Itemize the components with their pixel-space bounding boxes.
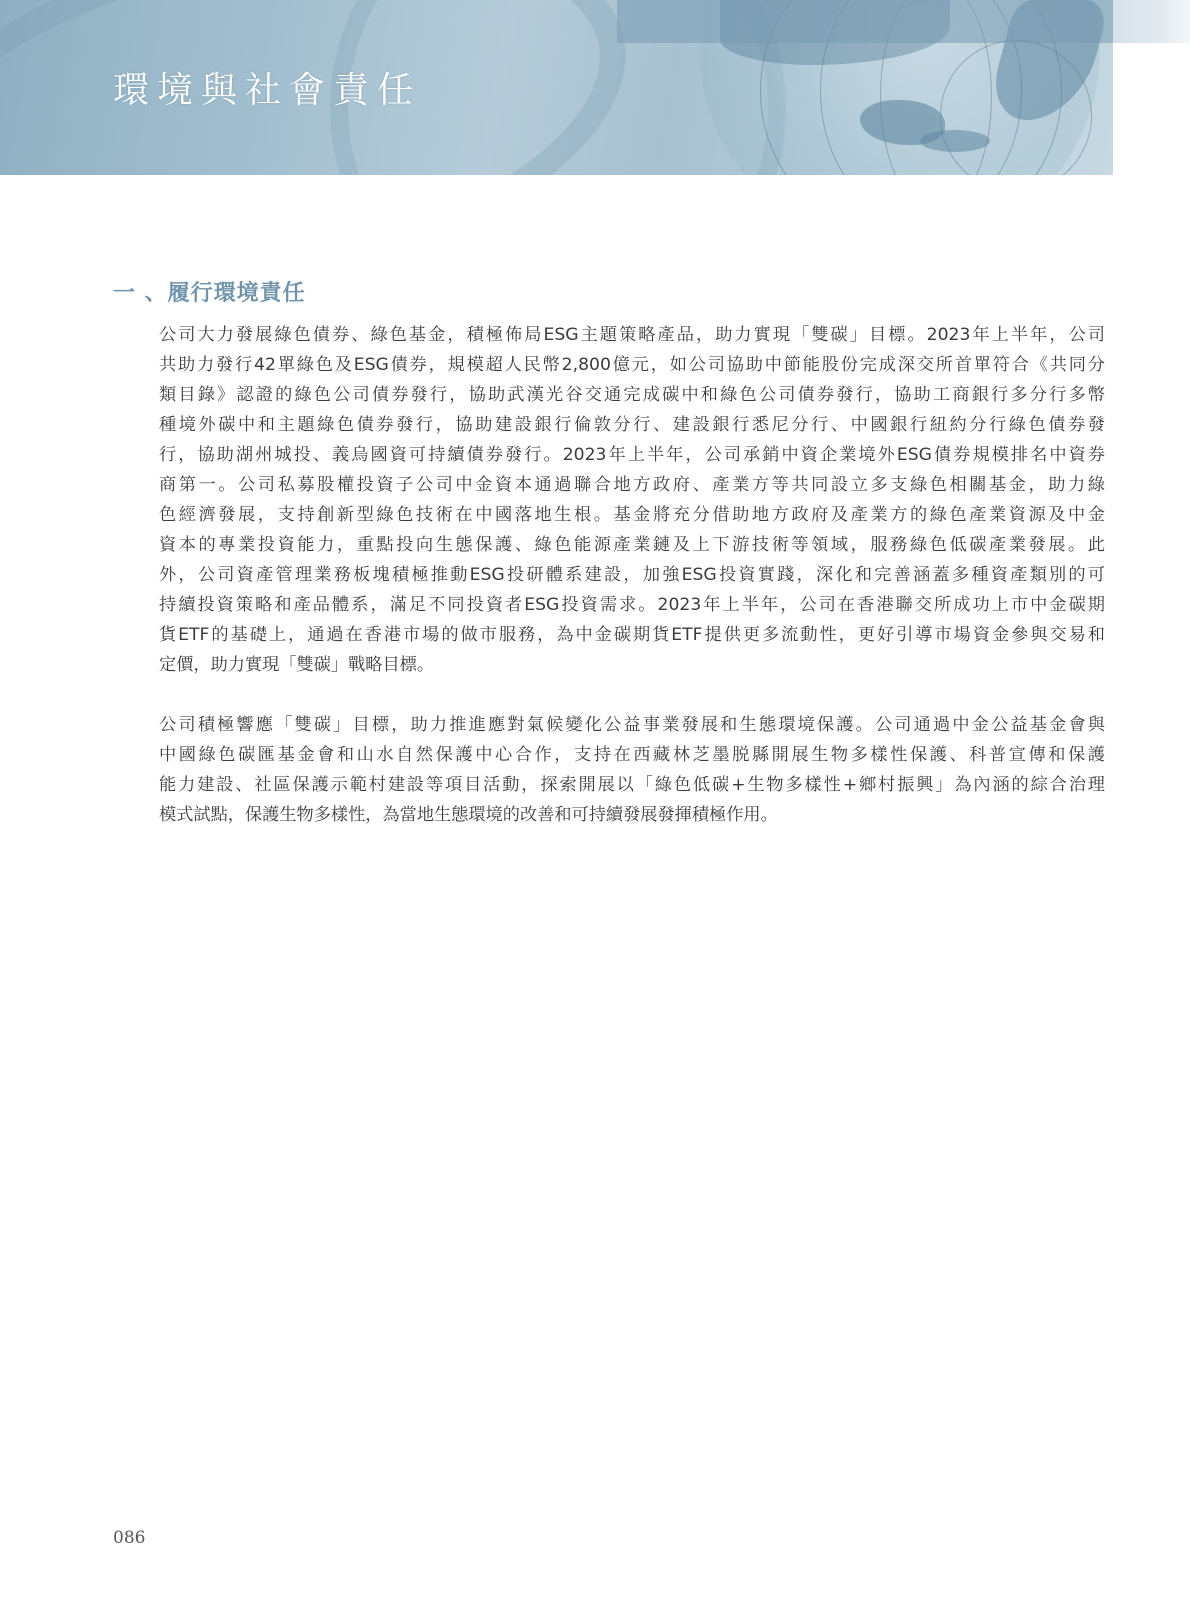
paragraph-line: 模式試點，保護生物多樣性，為當地生態環境的改善和可持續發展發揮積極作用。 bbox=[159, 800, 1105, 830]
paragraph-line: 類目錄》認證的綠色公司債券發行，協助武漢光谷交通完成碳中和綠色公司債券發行，協助… bbox=[159, 380, 1105, 410]
paragraph-line: 公司積極響應「雙碳」目標，助力推進應對氣候變化公益事業發展和生態環境保護。公司通… bbox=[159, 710, 1105, 740]
paragraph-line: 行，協助湖州城投、義烏國資可持續債券發行。2023年上半年，公司承銷中資企業境外… bbox=[159, 440, 1105, 470]
section-heading: 一 、履行環境責任 bbox=[113, 276, 306, 307]
paragraph-line: 商第一。公司私募股權投資子公司中金資本通過聯合地方政府、產業方等共同設立多支綠色… bbox=[159, 470, 1105, 500]
paragraph-line: 能力建設、社區保護示範村建設等項目活動，探索開展以「綠色低碳+生物多樣性+鄉村振… bbox=[159, 770, 1105, 800]
paragraph-line: 持續投資策略和產品體系，滿足不同投資者ESG投資需求。2023年上半年，公司在香… bbox=[159, 590, 1105, 620]
globe-landmass bbox=[920, 130, 990, 152]
paragraph-line: 貨ETF的基礎上，通過在香港市場的做市服務，為中金碳期貨ETF提供更多流動性，更… bbox=[159, 620, 1105, 650]
paragraph-line: 種境外碳中和主題綠色債券發行，協助建設銀行倫敦分行、建設銀行悉尼分行、中國銀行紐… bbox=[159, 410, 1105, 440]
paragraph-line: 公司大力發展綠色債券、綠色基金，積極佈局ESG主題策略產品，助力實現「雙碳」目標… bbox=[159, 320, 1105, 350]
paragraph-line: 資本的專業投資能力，重點投向生態保護、綠色能源產業鏈及上下游技術等領域，服務綠色… bbox=[159, 530, 1105, 560]
page-number: 086 bbox=[113, 1528, 145, 1548]
paragraph-line: 共助力發行42單綠色及ESG債券，規模超人民幣2,800億元，如公司協助中節能股… bbox=[159, 350, 1105, 380]
banner-top-strip bbox=[617, 0, 1190, 43]
paragraph-line: 色經濟發展，支持創新型綠色技術在中國落地生根。基金將充分借助地方政府及產業方的綠… bbox=[159, 500, 1105, 530]
body-paragraph: 公司積極響應「雙碳」目標，助力推進應對氣候變化公益事業發展和生態環境保護。公司通… bbox=[159, 710, 1105, 830]
banner-top-strip-edge bbox=[1113, 0, 1190, 43]
paragraph-line: 定價，助力實現「雙碳」戰略目標。 bbox=[159, 650, 1105, 680]
paragraph-line: 中國綠色碳匯基金會和山水自然保護中心合作，支持在西藏林芝墨脱縣開展生物多樣性保護… bbox=[159, 740, 1105, 770]
paragraph-line: 外，公司資產管理業務板塊積極推動ESG投研體系建設，加強ESG投資實踐，深化和完… bbox=[159, 560, 1105, 590]
page-title: 環境與社會責任 bbox=[113, 62, 421, 113]
body-paragraph: 公司大力發展綠色債券、綠色基金，積極佈局ESG主題策略產品，助力實現「雙碳」目標… bbox=[159, 320, 1105, 680]
